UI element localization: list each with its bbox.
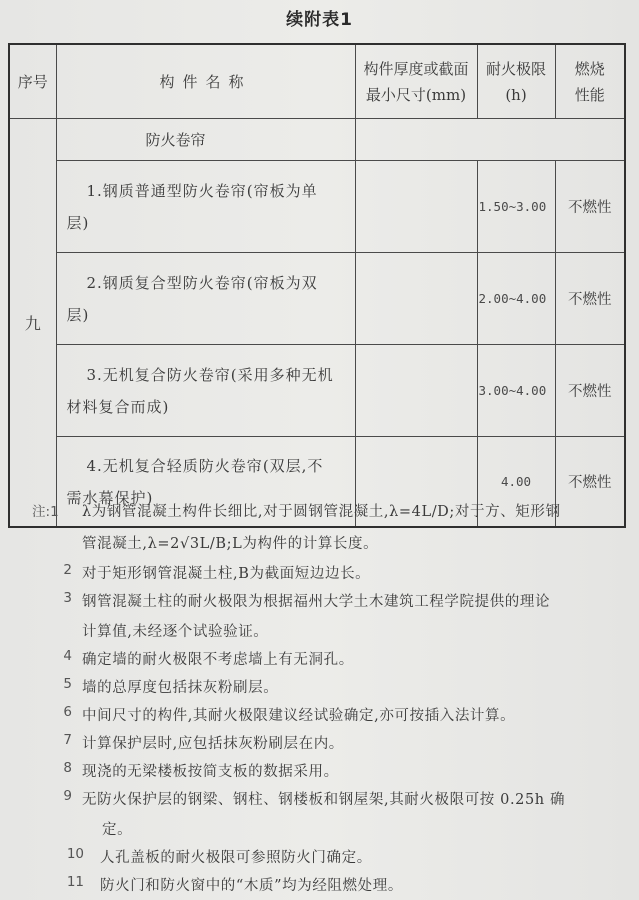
- header-size-line2: 最小尺寸(mm): [356, 82, 477, 108]
- note-text-line1: λ为钢管混凝土构件长细比,对于圆钢管混凝土,λ=4L/D;对于方、矩形钢: [82, 500, 561, 521]
- group-title: 防火卷帘: [56, 119, 355, 161]
- note-number: 10: [62, 846, 84, 862]
- group-row: 九 防火卷帘: [9, 119, 625, 161]
- header-fire-line2: (h): [478, 82, 555, 108]
- fire-resistance-table: 序号 构件名称 构件厚度或截面 最小尺寸(mm) 耐火极限 (h) 燃烧 性能 …: [8, 43, 626, 528]
- note-number: 7: [52, 732, 72, 748]
- row-size: [355, 345, 477, 437]
- note-text-line1: 无防火保护层的钢梁、钢柱、钢楼板和钢屋架,其耐火极限可按 0.25h 确: [82, 788, 565, 809]
- note-text-line2: 定。: [102, 818, 132, 839]
- row-name-line1: 2.钢质复合型防火卷帘(帘板为双: [87, 274, 318, 292]
- note-number: 1: [50, 504, 59, 520]
- row-combustibility: 不燃性: [555, 437, 625, 528]
- note-text-line1: 人孔盖板的耐火极限可参照防火门确定。: [100, 846, 372, 867]
- group-empty-cell: [355, 119, 625, 161]
- note-text-line1: 计算保护层时,应包括抹灰粉刷层在内。: [82, 732, 344, 753]
- group-seq: 九: [9, 119, 56, 528]
- note-text-line1: 钢管混凝土柱的耐火极限为根据福州大学土木建筑工程学院提供的理论: [82, 590, 550, 611]
- note-text-line1: 墙的总厚度包括抹灰粉刷层。: [82, 676, 278, 697]
- row-combustibility: 不燃性: [555, 253, 625, 345]
- row-name-line2: 层): [67, 207, 347, 239]
- header-combustibility: 燃烧 性能: [555, 44, 625, 119]
- note-number: 11: [62, 874, 84, 890]
- row-fire-limit: 1.50~3.00: [477, 161, 555, 253]
- row-name-line1: 4.无机复合轻质防火卷帘(双层,不: [87, 457, 324, 475]
- table-header-row: 序号 构件名称 构件厚度或截面 最小尺寸(mm) 耐火极限 (h) 燃烧 性能: [9, 44, 625, 119]
- note-text-line1: 防火门和防火窗中的“木质”均为经阻燃处理。: [100, 874, 403, 895]
- note-text-line1: 中间尺寸的构件,其耐火极限建议经试验确定,亦可按插入法计算。: [82, 704, 515, 725]
- note-number: 6: [52, 704, 72, 720]
- row-name-line2: 层): [67, 299, 347, 331]
- row-size: [355, 161, 477, 253]
- row-name: 2.钢质复合型防火卷帘(帘板为双 层): [56, 253, 355, 345]
- header-size-line1: 构件厚度或截面: [356, 56, 477, 82]
- note-number: 2: [52, 562, 72, 578]
- table-row: 2.钢质复合型防火卷帘(帘板为双 层) 2.00~4.00 不燃性: [9, 253, 625, 345]
- note-number: 9: [52, 788, 72, 804]
- row-name: 3.无机复合防火卷帘(采用多种无机 材料复合而成): [56, 345, 355, 437]
- note-text-line1: 对于矩形钢管混凝土柱,B为截面短边边长。: [82, 562, 370, 583]
- header-fire-line1: 耐火极限: [478, 56, 555, 82]
- header-burn-line1: 燃烧: [556, 56, 625, 82]
- header-seq-label: 序号: [18, 73, 48, 91]
- header-size: 构件厚度或截面 最小尺寸(mm): [355, 44, 477, 119]
- row-combustibility: 不燃性: [555, 161, 625, 253]
- row-name-line1: 3.无机复合防火卷帘(采用多种无机: [87, 366, 334, 384]
- header-name: 构件名称: [56, 44, 355, 119]
- note-text-line2: 管混凝土,λ=2√3L/B;L为构件的计算长度。: [82, 532, 378, 553]
- note-prefix: 注:1: [32, 500, 80, 520]
- notes-label: 注:: [32, 504, 50, 520]
- note-number: 8: [52, 760, 72, 776]
- header-fire-limit: 耐火极限 (h): [477, 44, 555, 119]
- note-text-line1: 确定墙的耐火极限不考虑墙上有无洞孔。: [82, 648, 354, 669]
- header-seq: 序号: [9, 44, 56, 119]
- table-row: 1.钢质普通型防火卷帘(帘板为单 层) 1.50~3.00 不燃性: [9, 161, 625, 253]
- note-text-line1: 现浇的无梁楼板按简支板的数据采用。: [82, 760, 339, 781]
- table-row: 3.无机复合防火卷帘(采用多种无机 材料复合而成) 3.00~4.00 不燃性: [9, 345, 625, 437]
- note-number: 3: [52, 590, 72, 606]
- header-name-label: 构件名称: [159, 73, 251, 91]
- note-text-line2: 计算值,未经逐个试验验证。: [82, 620, 268, 641]
- row-size: [355, 253, 477, 345]
- row-name-line1: 1.钢质普通型防火卷帘(帘板为单: [87, 182, 318, 200]
- row-fire-limit: 2.00~4.00: [477, 253, 555, 345]
- note-number: 5: [52, 676, 72, 692]
- row-combustibility: 不燃性: [555, 345, 625, 437]
- row-fire-limit: 3.00~4.00: [477, 345, 555, 437]
- note-number: 4: [52, 648, 72, 664]
- row-name-line2: 材料复合而成): [67, 391, 347, 423]
- header-burn-line2: 性能: [556, 82, 625, 108]
- row-name: 1.钢质普通型防火卷帘(帘板为单 层): [56, 161, 355, 253]
- page-title: 续附表1: [0, 5, 639, 30]
